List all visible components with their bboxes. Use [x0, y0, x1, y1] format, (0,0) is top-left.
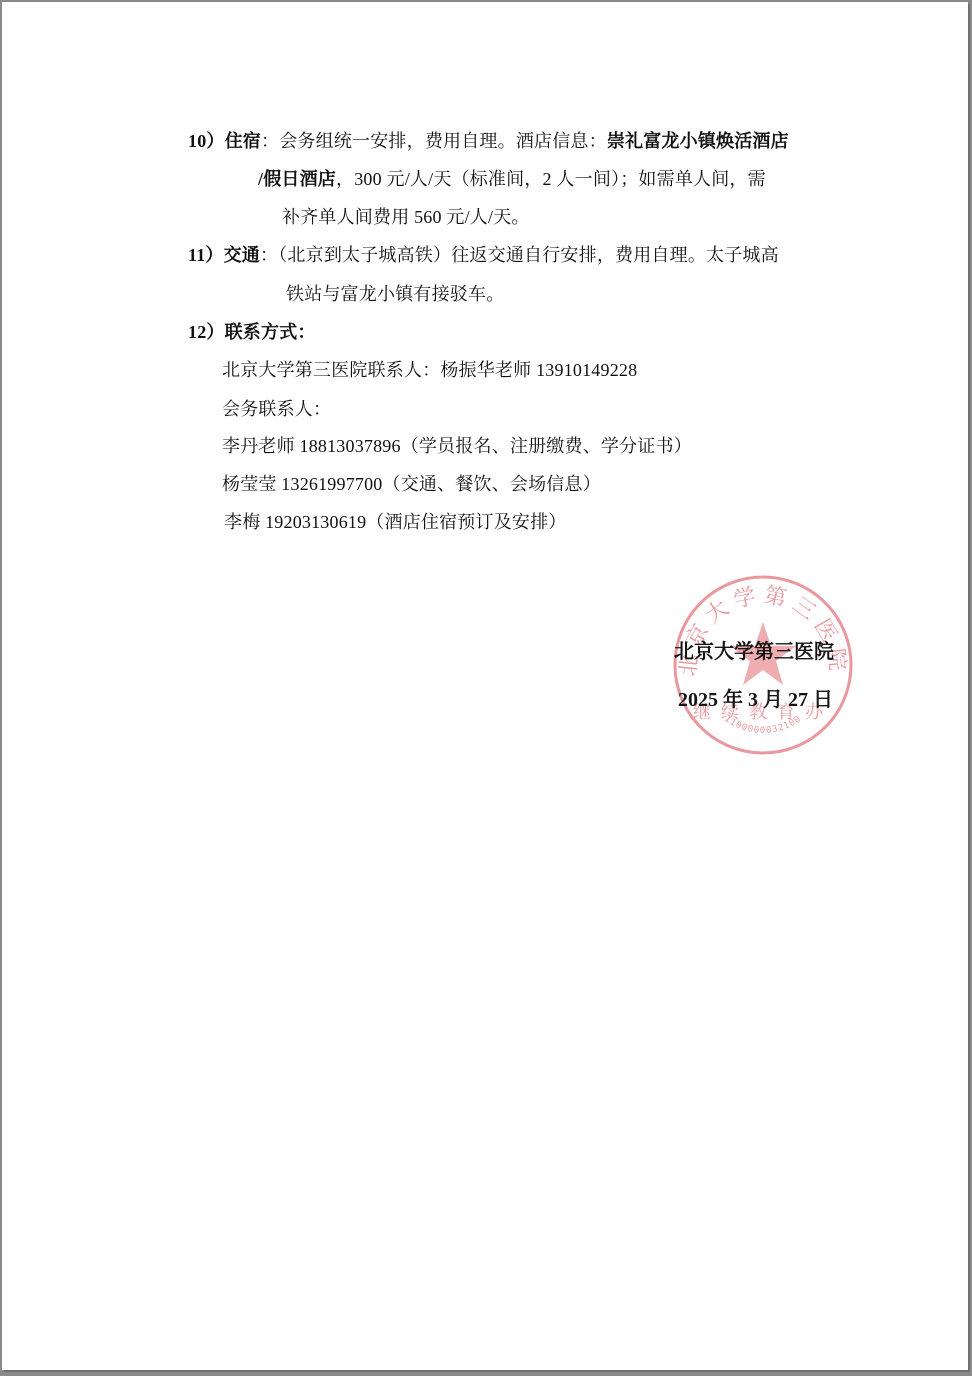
item-10-line-3: 补齐单人间费用 560 元/人/天。 [282, 206, 530, 228]
item-11-shuttle-text: 铁站与富龙小镇有接驳车。 [286, 284, 504, 304]
item-10-single-room-text: 补齐单人间费用 560 元/人/天。 [282, 207, 530, 227]
document-page: 10）住宿：会务组统一安排，费用自理。酒店信息：崇礼富龙小镇焕活酒店 /假日酒店… [2, 2, 968, 1370]
hotel-name: 崇礼富龙小镇焕活酒店 [607, 131, 789, 151]
item-12-title: 联系方式 [225, 322, 298, 342]
signature-organization: 北京大学第三医院 [674, 640, 834, 664]
item-11-title: 交通 [224, 245, 260, 265]
signature-date: 2025 年 3 月 27 日 [678, 688, 833, 712]
item-10-number: 10） [188, 131, 225, 151]
item-11-colon: ： [260, 245, 278, 265]
item-10-line-2: /假日酒店，300 元/人/天（标准间，2 人一间）；如需单人间，需 [258, 168, 766, 190]
official-seal-icon: 北京大学第三医院 继续教育办 1100000032100 [668, 570, 858, 760]
hotel-name-alt: /假日酒店 [258, 169, 336, 189]
item-11-number: 11） [188, 245, 224, 265]
item-11-line-1: 11）交通：（北京到太子城高铁）往返交通自行安排，费用自理。太子城高 [188, 244, 779, 266]
item-11-text: （北京到太子城高铁）往返交通自行安排，费用自理。太子城高 [278, 245, 779, 265]
contact-yang-yingying: 杨莹莹 13261997700（交通、餐饮、会场信息） [222, 473, 601, 495]
item-12-line-1: 12）联系方式： [188, 321, 316, 343]
item-12-number: 12） [188, 322, 225, 342]
conference-contact-label: 会务联系人： [222, 398, 331, 420]
item-12-colon: ： [297, 322, 315, 342]
item-10-line-1: 10）住宿：会务组统一安排，费用自理。酒店信息：崇礼富龙小镇焕活酒店 [188, 130, 789, 152]
contact-li-dan: 李丹老师 18813037896（学员报名、注册缴费、学分证书） [222, 435, 692, 457]
item-10-price-text: ，300 元/人/天（标准间，2 人一间）；如需单人间，需 [336, 169, 766, 189]
item-11-line-2: 铁站与富龙小镇有接驳车。 [286, 283, 504, 305]
contact-li-mei: 李梅 19203130619（酒店住宿预订及安排） [224, 511, 567, 533]
hospital-contact: 北京大学第三医院联系人：杨振华老师 13910149228 [222, 359, 637, 381]
item-10-title: 住宿 [225, 131, 261, 151]
item-10-text: 会务组统一安排，费用自理。酒店信息： [279, 131, 607, 151]
item-10-colon: ： [261, 131, 279, 151]
